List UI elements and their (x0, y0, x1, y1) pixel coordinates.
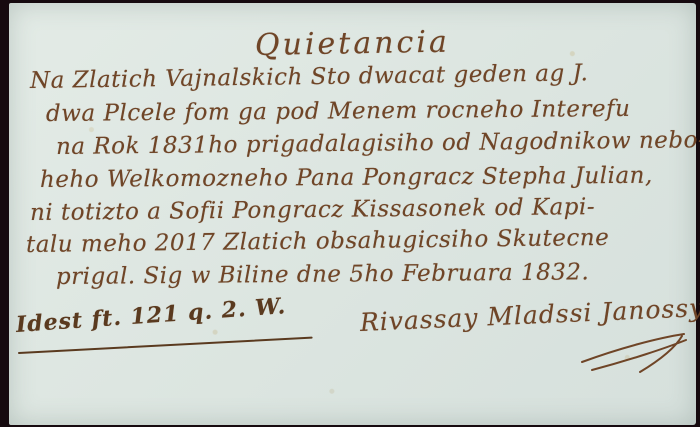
signature-flourish (580, 330, 690, 375)
body-line: prigal. Sig w Biline dne 5ho Februara 18… (56, 259, 590, 290)
scanned-document-page: { "document": { "title": "Quietancia", "… (0, 0, 700, 427)
document-title: Quietancia (255, 25, 450, 63)
body-line: heho Welkomozneho Pana Pongracz Stepha J… (40, 163, 653, 193)
body-line: dwa Plcele fom ga pod Menem rocneho Inte… (46, 96, 631, 127)
